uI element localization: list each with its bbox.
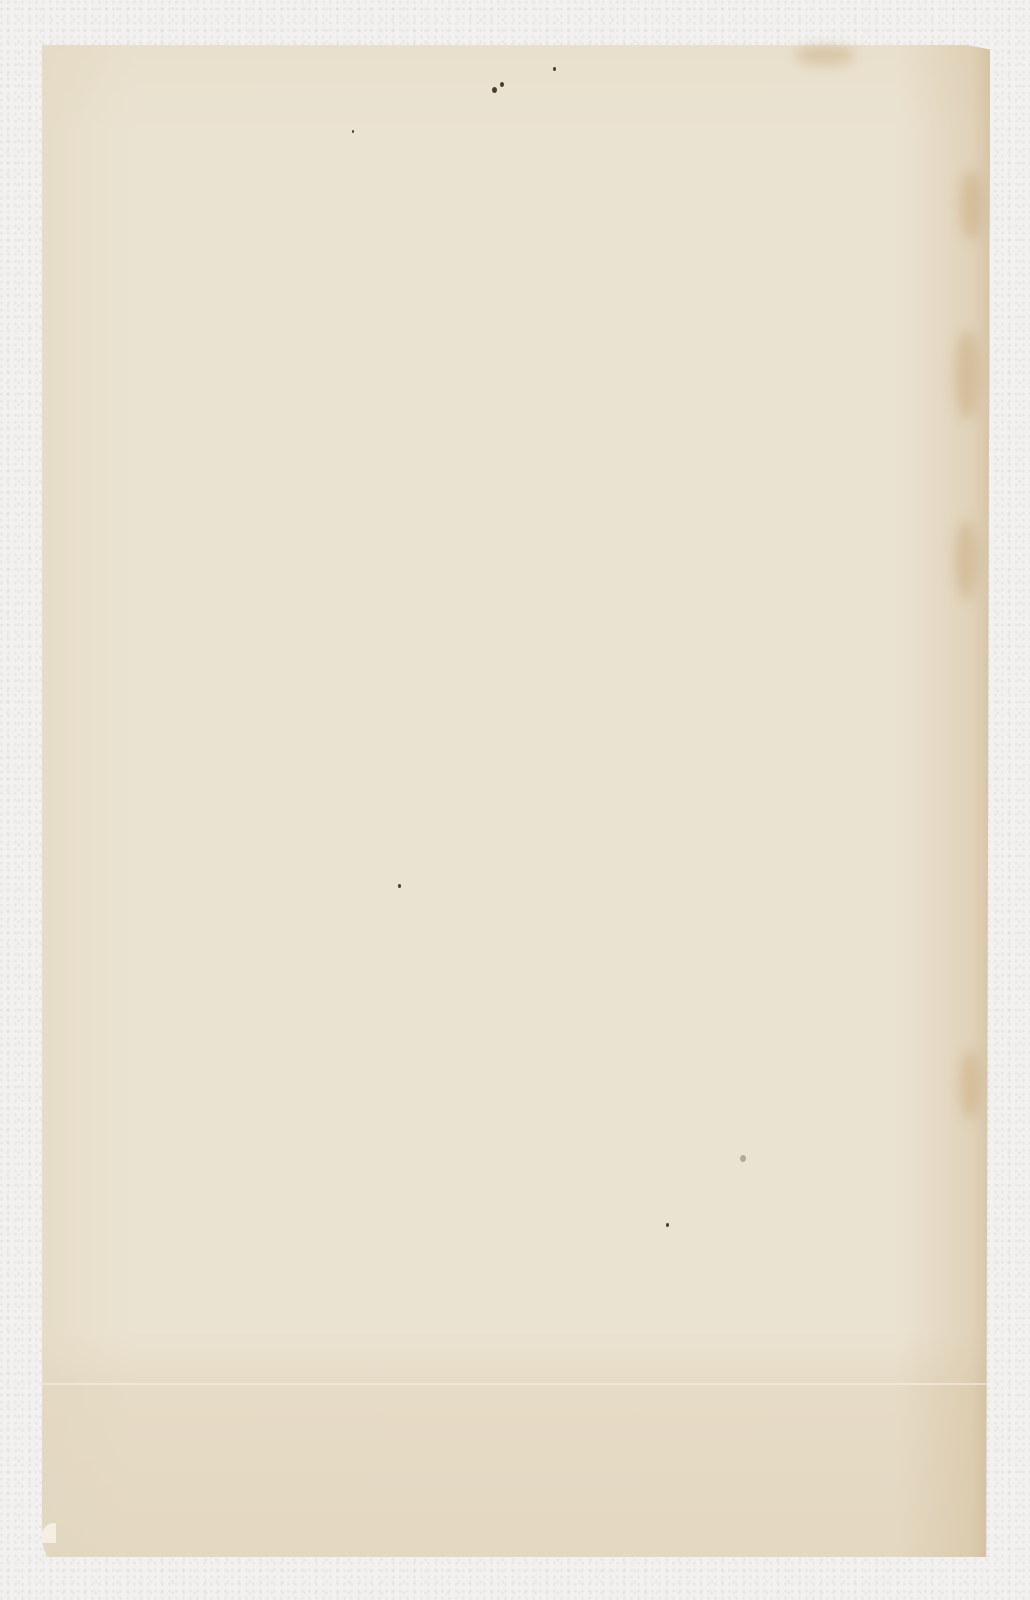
dirt-speck	[500, 82, 504, 87]
dirt-speck	[666, 1223, 669, 1227]
edge-stain	[795, 45, 855, 65]
edge-stain	[960, 170, 982, 240]
edge-stain	[955, 330, 979, 420]
corner-chip	[42, 1523, 56, 1543]
dirt-speck	[553, 67, 556, 71]
edge-stain	[960, 1050, 980, 1120]
dirt-speck	[398, 884, 401, 888]
edge-stain	[955, 520, 977, 600]
dirt-speck	[740, 1155, 746, 1162]
dirt-speck	[352, 130, 354, 133]
blank-card: Back of an aged, blank paper card photog…	[42, 45, 990, 1557]
lower-band	[42, 1383, 990, 1385]
card-description: Back of an aged, blank paper card photog…	[42, 45, 43, 46]
dirt-speck	[492, 87, 497, 93]
